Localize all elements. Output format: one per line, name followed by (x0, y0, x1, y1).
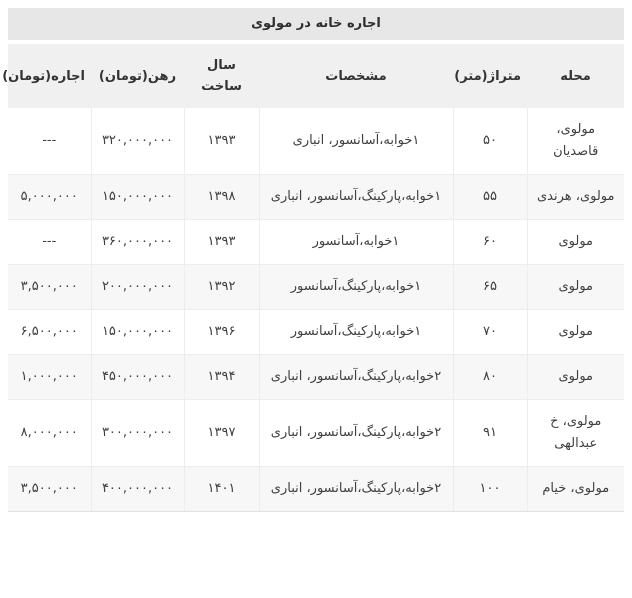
cell-year-built: ۱۳۹۳ (184, 108, 259, 175)
cell-neighborhood: مولوی (527, 220, 624, 265)
cell-deposit: ۴۵۰,۰۰۰,۰۰۰ (91, 355, 184, 400)
cell-rent: ۳,۵۰۰,۰۰۰ (8, 467, 91, 512)
cell-specs: ۱خوابه،پارکینگ،آسانسور، انباری (259, 175, 453, 220)
cell-specs: ۱خوابه،پارکینگ،آسانسور (259, 265, 453, 310)
cell-deposit: ۳۲۰,۰۰۰,۰۰۰ (91, 108, 184, 175)
cell-area: ۵۰ (453, 108, 527, 175)
cell-neighborhood: مولوی، قاصدیان (527, 108, 624, 175)
header-specs: مشخصات (259, 44, 453, 108)
cell-specs: ۱خوابه،آسانسور، انباری (259, 108, 453, 175)
table-row: مولوی، قاصدیان۵۰۱خوابه،آسانسور، انباری۱۳… (8, 108, 624, 175)
cell-neighborhood: مولوی (527, 265, 624, 310)
cell-neighborhood: مولوی (527, 355, 624, 400)
cell-year-built: ۱۳۹۲ (184, 265, 259, 310)
header-deposit: رهن(تومان) (91, 44, 184, 108)
cell-rent: --- (8, 108, 91, 175)
table-row: مولوی۸۰۲خوابه،پارکینگ،آسانسور، انباری۱۳۹… (8, 355, 624, 400)
cell-specs: ۱خوابه،آسانسور (259, 220, 453, 265)
cell-deposit: ۴۰۰,۰۰۰,۰۰۰ (91, 467, 184, 512)
table-row: مولوی۷۰۱خوابه،پارکینگ،آسانسور۱۳۹۶۱۵۰,۰۰۰… (8, 310, 624, 355)
cell-rent: ۳,۵۰۰,۰۰۰ (8, 265, 91, 310)
page: اجاره خانه در مولوی محله متراژ(متر) مشخص… (0, 0, 632, 520)
cell-year-built: ۱۳۹۳ (184, 220, 259, 265)
table-row: مولوی۶۵۱خوابه،پارکینگ،آسانسور۱۳۹۲۲۰۰,۰۰۰… (8, 265, 624, 310)
header-area: متراژ(متر) (453, 44, 527, 108)
cell-year-built: ۱۳۹۸ (184, 175, 259, 220)
cell-year-built: ۱۴۰۱ (184, 467, 259, 512)
cell-rent: ۶,۵۰۰,۰۰۰ (8, 310, 91, 355)
table-row: مولوی، خ عبدالهی۹۱۲خوابه،پارکینگ،آسانسور… (8, 400, 624, 467)
header-year-built: سال ساخت (184, 44, 259, 108)
cell-year-built: ۱۳۹۴ (184, 355, 259, 400)
cell-area: ۶۰ (453, 220, 527, 265)
table-body: مولوی، قاصدیان۵۰۱خوابه،آسانسور، انباری۱۳… (8, 108, 624, 512)
header-rent: اجاره(تومان) (8, 44, 91, 108)
cell-specs: ۱خوابه،پارکینگ،آسانسور (259, 310, 453, 355)
table-title: اجاره خانه در مولوی (8, 8, 624, 40)
cell-rent: ۵,۰۰۰,۰۰۰ (8, 175, 91, 220)
cell-area: ۸۰ (453, 355, 527, 400)
cell-specs: ۲خوابه،پارکینگ،آسانسور، انباری (259, 400, 453, 467)
cell-deposit: ۲۰۰,۰۰۰,۰۰۰ (91, 265, 184, 310)
cell-neighborhood: مولوی، خیام (527, 467, 624, 512)
cell-year-built: ۱۳۹۶ (184, 310, 259, 355)
cell-specs: ۲خوابه،پارکینگ،آسانسور، انباری (259, 355, 453, 400)
cell-area: ۵۵ (453, 175, 527, 220)
table-header: محله متراژ(متر) مشخصات سال ساخت رهن(توما… (8, 44, 624, 108)
cell-deposit: ۱۵۰,۰۰۰,۰۰۰ (91, 175, 184, 220)
cell-specs: ۲خوابه،پارکینگ،آسانسور، انباری (259, 467, 453, 512)
cell-area: ۷۰ (453, 310, 527, 355)
cell-deposit: ۳۰۰,۰۰۰,۰۰۰ (91, 400, 184, 467)
header-neighborhood: محله (527, 44, 624, 108)
rental-listings-table: محله متراژ(متر) مشخصات سال ساخت رهن(توما… (8, 44, 624, 512)
table-row: مولوی، هرندی۵۵۱خوابه،پارکینگ،آسانسور، ان… (8, 175, 624, 220)
header-row: محله متراژ(متر) مشخصات سال ساخت رهن(توما… (8, 44, 624, 108)
cell-year-built: ۱۳۹۷ (184, 400, 259, 467)
cell-neighborhood: مولوی (527, 310, 624, 355)
cell-deposit: ۳۶۰,۰۰۰,۰۰۰ (91, 220, 184, 265)
table-row: مولوی، خیام۱۰۰۲خوابه،پارکینگ،آسانسور، ان… (8, 467, 624, 512)
cell-area: ۹۱ (453, 400, 527, 467)
cell-rent: ۱,۰۰۰,۰۰۰ (8, 355, 91, 400)
table-row: مولوی۶۰۱خوابه،آسانسور۱۳۹۳۳۶۰,۰۰۰,۰۰۰--- (8, 220, 624, 265)
cell-neighborhood: مولوی، خ عبدالهی (527, 400, 624, 467)
cell-deposit: ۱۵۰,۰۰۰,۰۰۰ (91, 310, 184, 355)
cell-rent: --- (8, 220, 91, 265)
cell-neighborhood: مولوی، هرندی (527, 175, 624, 220)
cell-area: ۱۰۰ (453, 467, 527, 512)
cell-rent: ۸,۰۰۰,۰۰۰ (8, 400, 91, 467)
cell-area: ۶۵ (453, 265, 527, 310)
